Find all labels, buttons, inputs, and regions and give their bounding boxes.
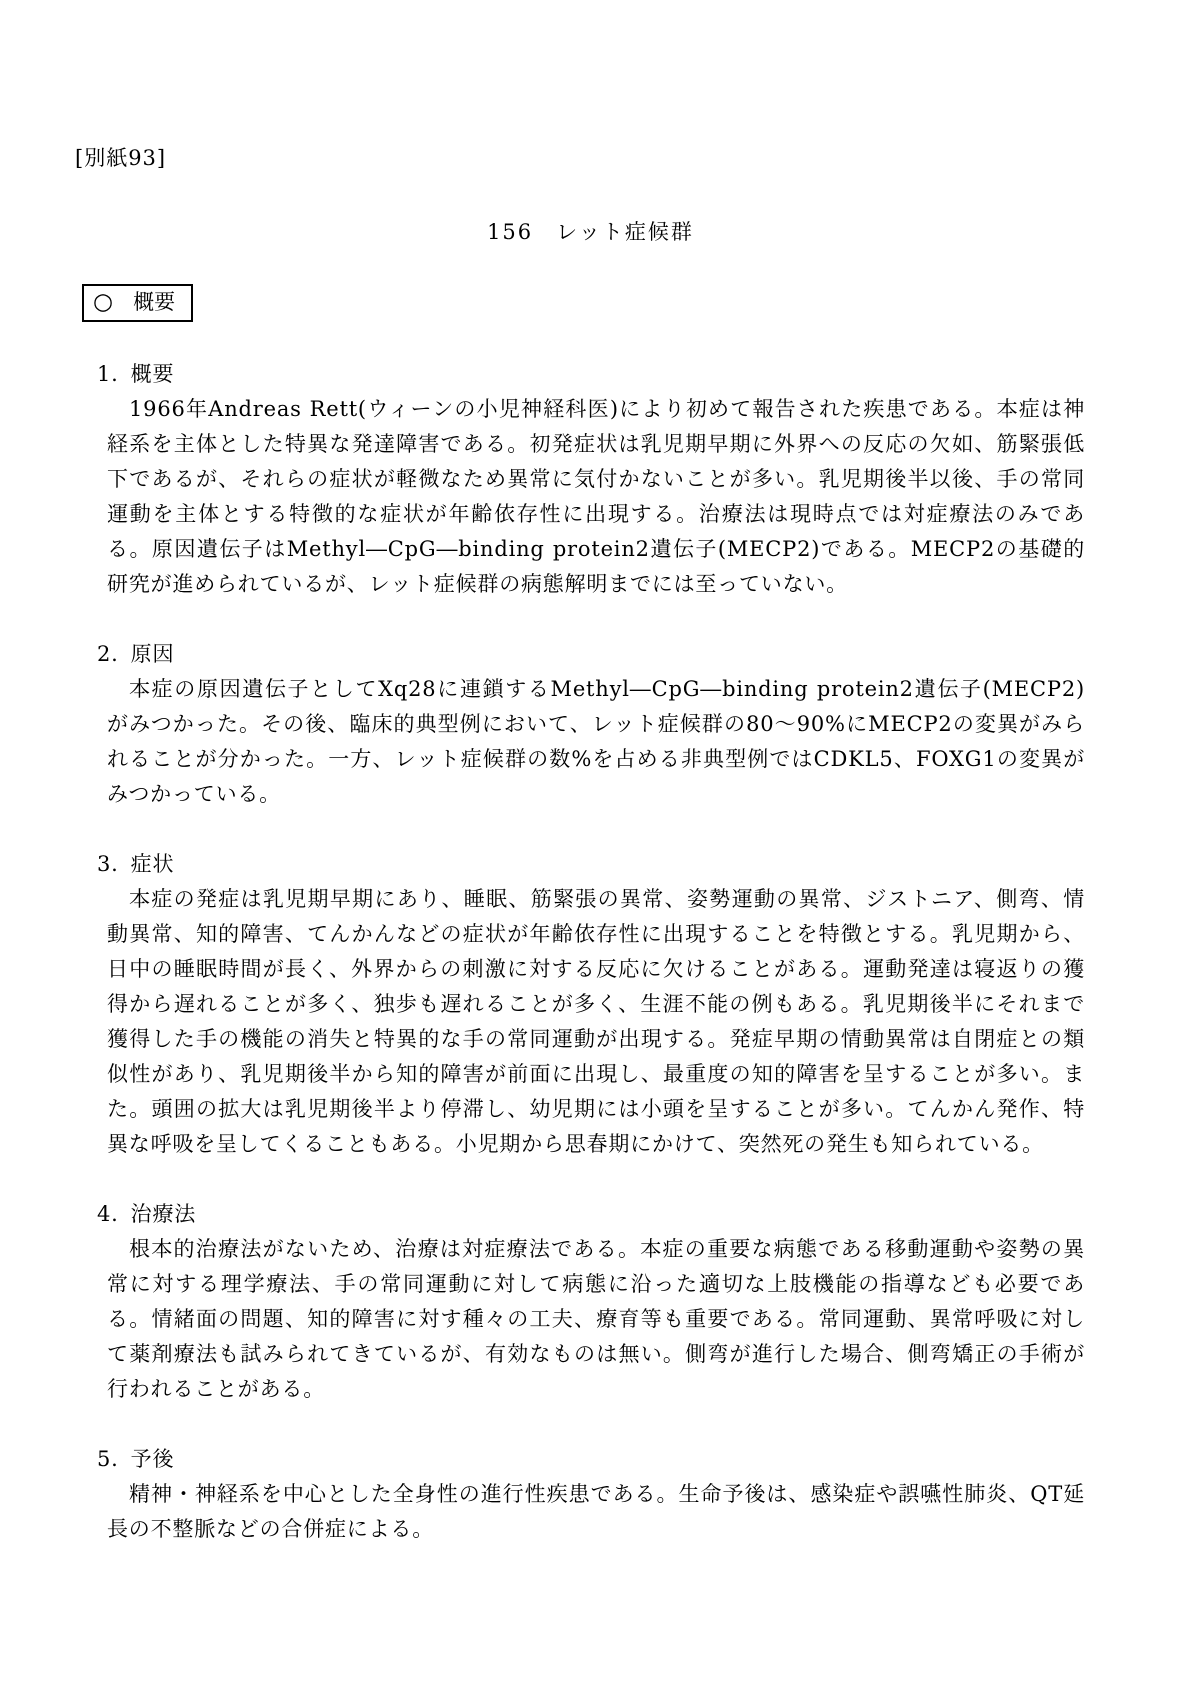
section-heading-label: 原因	[131, 642, 175, 666]
section-heading: 3.症状	[97, 847, 1085, 882]
section-heading: 1.概要	[97, 357, 1085, 392]
section-number: 4.	[97, 1202, 119, 1226]
section-body-text: 根本的治療法がないため、治療は対症療法である。本症の重要な病態である移動運動や姿…	[97, 1232, 1085, 1407]
overview-box-label: 概要	[133, 289, 175, 315]
section-body-text: 本症の発症は乳児期早期にあり、睡眠、筋緊張の異常、姿勢運動の異常、ジストニア、側…	[97, 882, 1085, 1162]
section-body-text: 1966年Andreas Rett(ウィーンの小児神経科医)により初めて報告され…	[97, 392, 1085, 602]
section-prognosis: 5.予後 精神・神経系を中心とした全身性の進行性疾患である。生命予後は、感染症や…	[97, 1442, 1085, 1547]
section-number: 1.	[97, 362, 119, 386]
section-number: 5.	[97, 1447, 119, 1471]
sections-container: 1.概要 1966年Andreas Rett(ウィーンの小児神経科医)により初め…	[97, 357, 1085, 1547]
document-page: [別紙93] 156 レット症候群 ○ 概要 1.概要 1966年Andreas…	[0, 0, 1181, 1695]
section-heading-label: 症状	[131, 852, 175, 876]
section-overview: 1.概要 1966年Andreas Rett(ウィーンの小児神経科医)により初め…	[97, 357, 1085, 602]
section-symptoms: 3.症状 本症の発症は乳児期早期にあり、睡眠、筋緊張の異常、姿勢運動の異常、ジス…	[97, 847, 1085, 1162]
section-cause: 2.原因 本症の原因遺伝子としてXq28に連鎖するMethyl―CpG―bind…	[97, 637, 1085, 812]
section-heading-label: 治療法	[131, 1202, 196, 1226]
section-heading: 5.予後	[97, 1442, 1085, 1477]
section-heading-label: 予後	[131, 1447, 175, 1471]
section-number: 3.	[97, 852, 119, 876]
circle-marker-icon: ○	[93, 290, 113, 314]
page-title: 156 レット症候群	[0, 216, 1181, 246]
attachment-label: [別紙93]	[75, 142, 166, 172]
section-number: 2.	[97, 642, 119, 666]
overview-box: ○ 概要	[82, 284, 193, 322]
section-treatment: 4.治療法 根本的治療法がないため、治療は対症療法である。本症の重要な病態である…	[97, 1197, 1085, 1407]
section-body-text: 本症の原因遺伝子としてXq28に連鎖するMethyl―CpG―binding p…	[97, 672, 1085, 812]
section-heading: 2.原因	[97, 637, 1085, 672]
section-heading: 4.治療法	[97, 1197, 1085, 1232]
section-heading-label: 概要	[131, 362, 175, 386]
section-body-text: 精神・神経系を中心とした全身性の進行性疾患である。生命予後は、感染症や誤嚥性肺炎…	[97, 1477, 1085, 1547]
